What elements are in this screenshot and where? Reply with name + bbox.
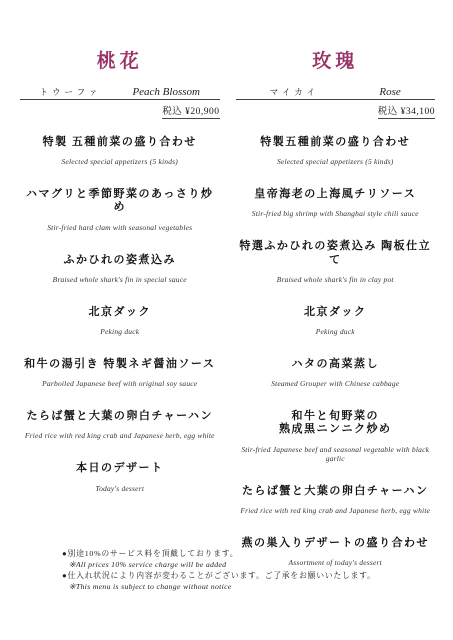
item-title-jp: たらば蟹と大葉の卵白チャーハン (236, 485, 436, 498)
course-katakana: トウーファ (40, 86, 102, 98)
menu-item: たらば蟹と大葉の卵白チャーハン Fried rice with red king… (236, 485, 436, 515)
course-price-value: 税込 ¥20,900 (162, 107, 219, 119)
item-subtitle-en: Stir-fried hard clam with seasonal veget… (20, 223, 220, 232)
menu-item: 北京ダック Peking duck (236, 306, 436, 336)
course-price: 税込 ¥34,100 (236, 103, 436, 117)
item-subtitle-en: Fried rice with red king crab and Japane… (20, 431, 220, 440)
item-title-jp: ハタの高菜蒸し (236, 358, 436, 371)
footer-note-en: ※This menu is subject to change without … (69, 581, 376, 592)
header-rule (236, 99, 436, 100)
item-title-jp: 特選ふかひれの姿煮込み 陶板仕立て (236, 240, 436, 266)
menu-item: 特製 五種前菜の盛り合わせ Selected special appetizer… (20, 136, 220, 166)
course-item-list: 特製五種前菜の盛り合わせ Selected special appetizers… (236, 136, 436, 567)
course-name-en: Peach Blossom (132, 86, 200, 98)
item-subtitle-en: Steamed Grouper with Chinese cabbage (236, 379, 436, 388)
item-title-jp: 特製 五種前菜の盛り合わせ (20, 136, 220, 149)
course-price: 税込 ¥20,900 (20, 103, 220, 117)
menu-item: 特選ふかひれの姿煮込み 陶板仕立て Braised whole shark's … (236, 240, 436, 283)
item-subtitle-en: Selected special appetizers (5 kinds) (20, 157, 220, 166)
menu-column-peach-blossom: 桃花 トウーファ Peach Blossom 税込 ¥20,900 特製 五種前… (20, 46, 220, 589)
menu-item: ハマグリと季節野菜のあっさり炒め Stir-fried hard clam wi… (20, 188, 220, 231)
course-title-cn: 玫瑰 (236, 46, 436, 73)
item-title-jp: 特製五種前菜の盛り合わせ (236, 136, 436, 149)
item-title-jp: ふかひれの姿煮込み (20, 254, 220, 267)
item-subtitle-en: Peking duck (20, 327, 220, 336)
menu-column-rose: 玫瑰 マイカイ Rose 税込 ¥34,100 特製五種前菜の盛り合わせ Sel… (236, 46, 436, 589)
menu-item: 和牛と旬野菜の 熟成黒ニンニク炒め Stir-fried Japanese be… (236, 410, 436, 462)
menu-item: ふかひれの姿煮込み Braised whole shark's fin in s… (20, 254, 220, 284)
menu-item: 特製五種前菜の盛り合わせ Selected special appetizers… (236, 136, 436, 166)
item-subtitle-en: Selected special appetizers (5 kinds) (236, 157, 436, 166)
menu-item: 北京ダック Peking duck (20, 306, 220, 336)
menu-item: 和牛の湯引き 特製ネギ醤油ソース Parboiled Japanese beef… (20, 358, 220, 388)
course-price-value: 税込 ¥34,100 (378, 107, 435, 119)
item-title-jp: たらば蟹と大葉の卵白チャーハン (20, 410, 220, 423)
course-subtitle-row: マイカイ Rose (236, 86, 436, 98)
footer-note-en: ※All prices 10% service charge will be a… (69, 559, 376, 570)
menu-item: 皇帝海老の上海風チリソース Stir-fried big shrimp with… (236, 188, 436, 218)
menu-page: 桃花 トウーファ Peach Blossom 税込 ¥20,900 特製 五種前… (0, 0, 453, 640)
footer-note-jp: ●仕入れ状況により内容が変わることがございます。ご了承をお願いいたします。 (62, 570, 376, 581)
item-subtitle-en: Fried rice with red king crab and Japane… (236, 506, 436, 515)
item-title-jp: 和牛の湯引き 特製ネギ醤油ソース (20, 358, 220, 371)
course-katakana: マイカイ (270, 86, 319, 98)
item-subtitle-en: Stir-fried big shrimp with Shanghai styl… (236, 209, 436, 218)
item-subtitle-en: Parboiled Japanese beef with original so… (20, 379, 220, 388)
item-title-jp: 皇帝海老の上海風チリソース (236, 188, 436, 201)
item-subtitle-en: Braised whole shark's fin in special sau… (20, 275, 220, 284)
item-subtitle-en: Braised whole shark's fin in clay pot (236, 275, 436, 284)
item-title-jp-line2: 熟成黒ニンニク炒め (236, 423, 436, 436)
course-item-list: 特製 五種前菜の盛り合わせ Selected special appetizer… (20, 136, 220, 493)
course-name-en: Rose (379, 86, 400, 98)
footer-notes: ●別途10%のサービス料を頂戴しております。 ※All prices 10% s… (62, 548, 376, 592)
menu-item: ハタの高菜蒸し Steamed Grouper with Chinese cab… (236, 358, 436, 388)
item-subtitle-en: Peking duck (236, 327, 436, 336)
header-rule (20, 99, 220, 100)
item-subtitle-en: Today's dessert (20, 484, 220, 493)
menu-columns: 桃花 トウーファ Peach Blossom 税込 ¥20,900 特製 五種前… (20, 46, 435, 589)
course-title-cn: 桃花 (20, 46, 220, 73)
item-subtitle-en: Stir-fried Japanese beef and seasonal ve… (236, 445, 436, 463)
menu-item: 本日のデザート Today's dessert (20, 462, 220, 492)
item-title-jp: ハマグリと季節野菜のあっさり炒め (20, 188, 220, 214)
item-title-jp: 本日のデザート (20, 462, 220, 475)
footer-note-jp: ●別途10%のサービス料を頂戴しております。 (62, 548, 376, 559)
course-subtitle-row: トウーファ Peach Blossom (20, 86, 220, 98)
item-title-jp: 北京ダック (20, 306, 220, 319)
item-title-jp: 北京ダック (236, 306, 436, 319)
menu-item: たらば蟹と大葉の卵白チャーハン Fried rice with red king… (20, 410, 220, 440)
item-title-jp-line1: 和牛と旬野菜の (236, 410, 436, 423)
